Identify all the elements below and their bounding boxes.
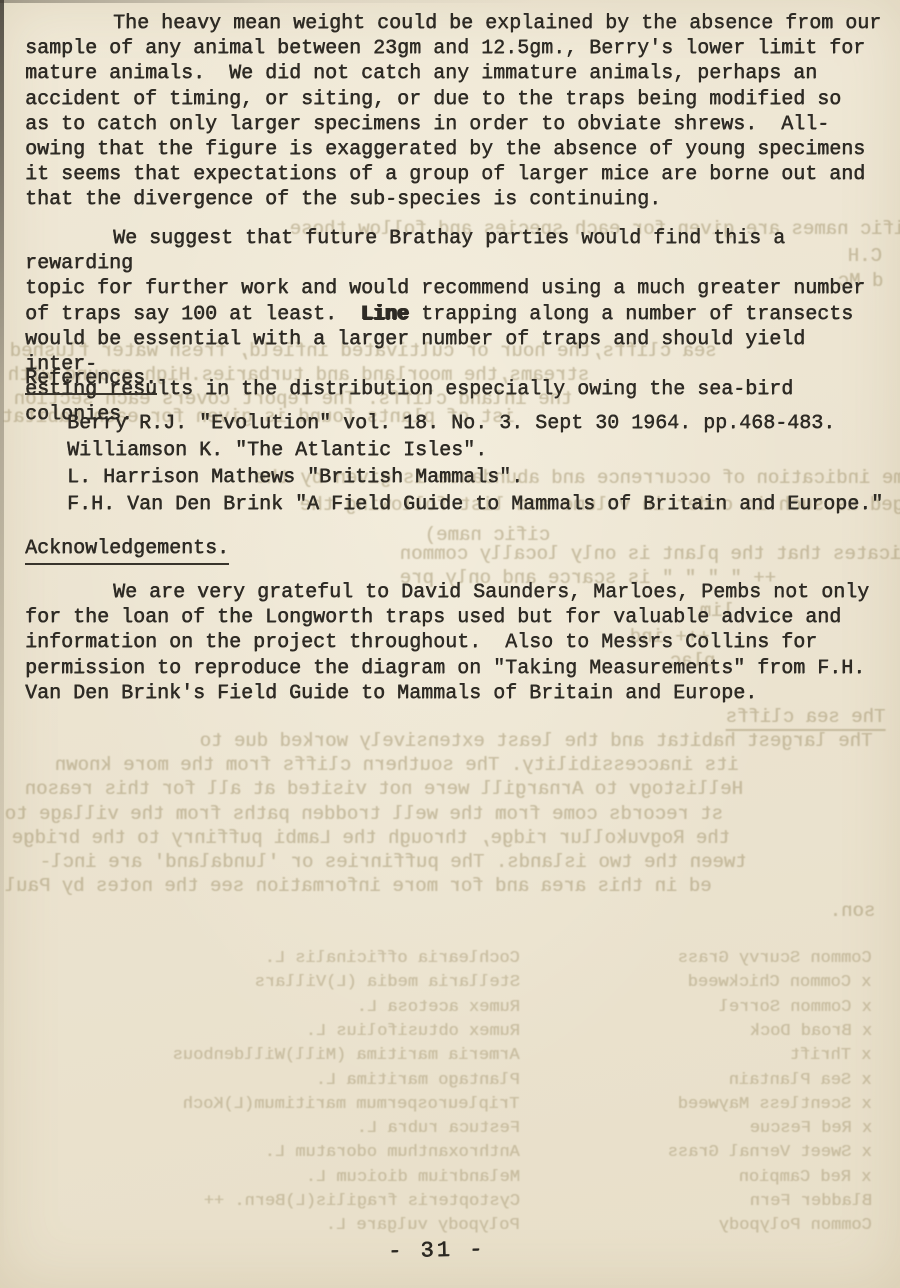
bleedthrough-line: + indicates that the plant is only local…: [400, 543, 900, 565]
scan-edge-top: [0, 0, 900, 3]
bleedthrough-plant-english: Common Polypody: [719, 1215, 872, 1237]
bleedthrough-plant-english: x Red Fescue: [750, 1118, 872, 1140]
bleedthrough-plant-english: x Sea Plantain: [729, 1070, 872, 1092]
bleedthrough-plant-english: x Common Sorrel: [719, 997, 872, 1019]
bleedthrough-plant-english: x Thrift: [790, 1045, 872, 1067]
bleedthrough-line: cific name): [425, 524, 550, 546]
reference-item: Berry R.J. "Evolution" vol. 18. No. 3. S…: [67, 410, 883, 437]
reference-item: Williamson K. "The Atlantic Isles".: [67, 437, 883, 464]
bleedthrough-plant-latin: Festuca rubra L.: [357, 1118, 520, 1140]
bleedthrough-line: The sea cliffs: [726, 706, 886, 731]
bleedthrough-plant-latin: Plantago maritima L.: [316, 1070, 520, 1092]
bleedthrough-plant-english: Common Scurvy Grass: [678, 948, 872, 970]
page-number: - 31 -: [388, 1237, 486, 1264]
bleedthrough-plant-latin: Stellaria media (L)Villars: [255, 972, 520, 994]
bleedthrough-plant-english: x Sweet Vernal Grass: [668, 1142, 872, 1164]
bleedthrough-plant-latin: Cochlearia officinalis L.: [265, 948, 520, 970]
bleedthrough-plant-latin: Tripleurospermum maritimum(L)Koch: [183, 1094, 520, 1116]
bleedthrough-plant-english: x Red Campion: [739, 1167, 872, 1189]
bleedthrough-line: Hellistogv to Arnargill were not visited…: [25, 778, 743, 800]
bleedthrough-plant-english: x Common Chickweed: [688, 972, 872, 994]
bleedthrough-plant-english: x Scentless Mayweed: [678, 1094, 872, 1116]
paragraph-mean-weight: The heavy mean weight could be explained…: [25, 11, 885, 213]
bleedthrough-plant-latin: Polypody vulgare L.: [326, 1215, 520, 1237]
bleedthrough-plant-latin: Melandrium dioicum L.: [306, 1167, 520, 1189]
scan-edge-left: [0, 0, 4, 1288]
bleedthrough-line: tween the two islands. The puffinries or…: [40, 851, 747, 873]
references-list: Berry R.J. "Evolution" vol. 18. No. 3. S…: [67, 410, 883, 518]
bleedthrough-line: The largest habitat and the least extens…: [200, 730, 873, 752]
bleedthrough-plant-latin: Rumex obtusifolius L.: [306, 1021, 520, 1043]
bleedthrough-line: st records come from the well trodden pa…: [5, 803, 723, 825]
bleedthrough-line: son.: [830, 900, 876, 922]
overstruck-word: Line: [361, 303, 409, 326]
paragraph-suggestion: We suggest that future Brathay parties w…: [25, 226, 885, 428]
reference-item: F.H. Van Den Brink "A Field Guide to Mam…: [67, 491, 883, 518]
bleedthrough-plant-latin: Anthroxanthum odoratum L.: [265, 1142, 520, 1164]
acknowledgements-heading: Acknowledgements.: [25, 536, 229, 565]
bleedthrough-line: ed in this area and for more information…: [5, 875, 712, 897]
bleedthrough-line: the Rogvukollur ridge, through the Lambi…: [12, 827, 730, 849]
bleedthrough-plant-english: Bladder Fern: [750, 1191, 872, 1213]
bleedthrough-line: its inaccessibility. The southern cliffs…: [55, 754, 739, 776]
bleedthrough-plant-english: x Broad Dock: [750, 1021, 872, 1043]
references-heading: References.: [25, 366, 157, 395]
bleedthrough-plant-latin: Armeria maritima (Mill)Willdenbous: [173, 1045, 520, 1067]
bleedthrough-plant-latin: Rumex acetosa L.: [357, 997, 520, 1019]
scanned-page: Specific names are given for each specie…: [0, 0, 900, 1288]
reference-item: L. Harrison Mathews "British Mammals".: [67, 464, 883, 491]
acknowledgements-paragraph: We are very grateful to David Saunders, …: [25, 580, 885, 706]
bleedthrough-plant-latin: Cystopteris fragilis(L)Bern. ++: [204, 1191, 520, 1213]
